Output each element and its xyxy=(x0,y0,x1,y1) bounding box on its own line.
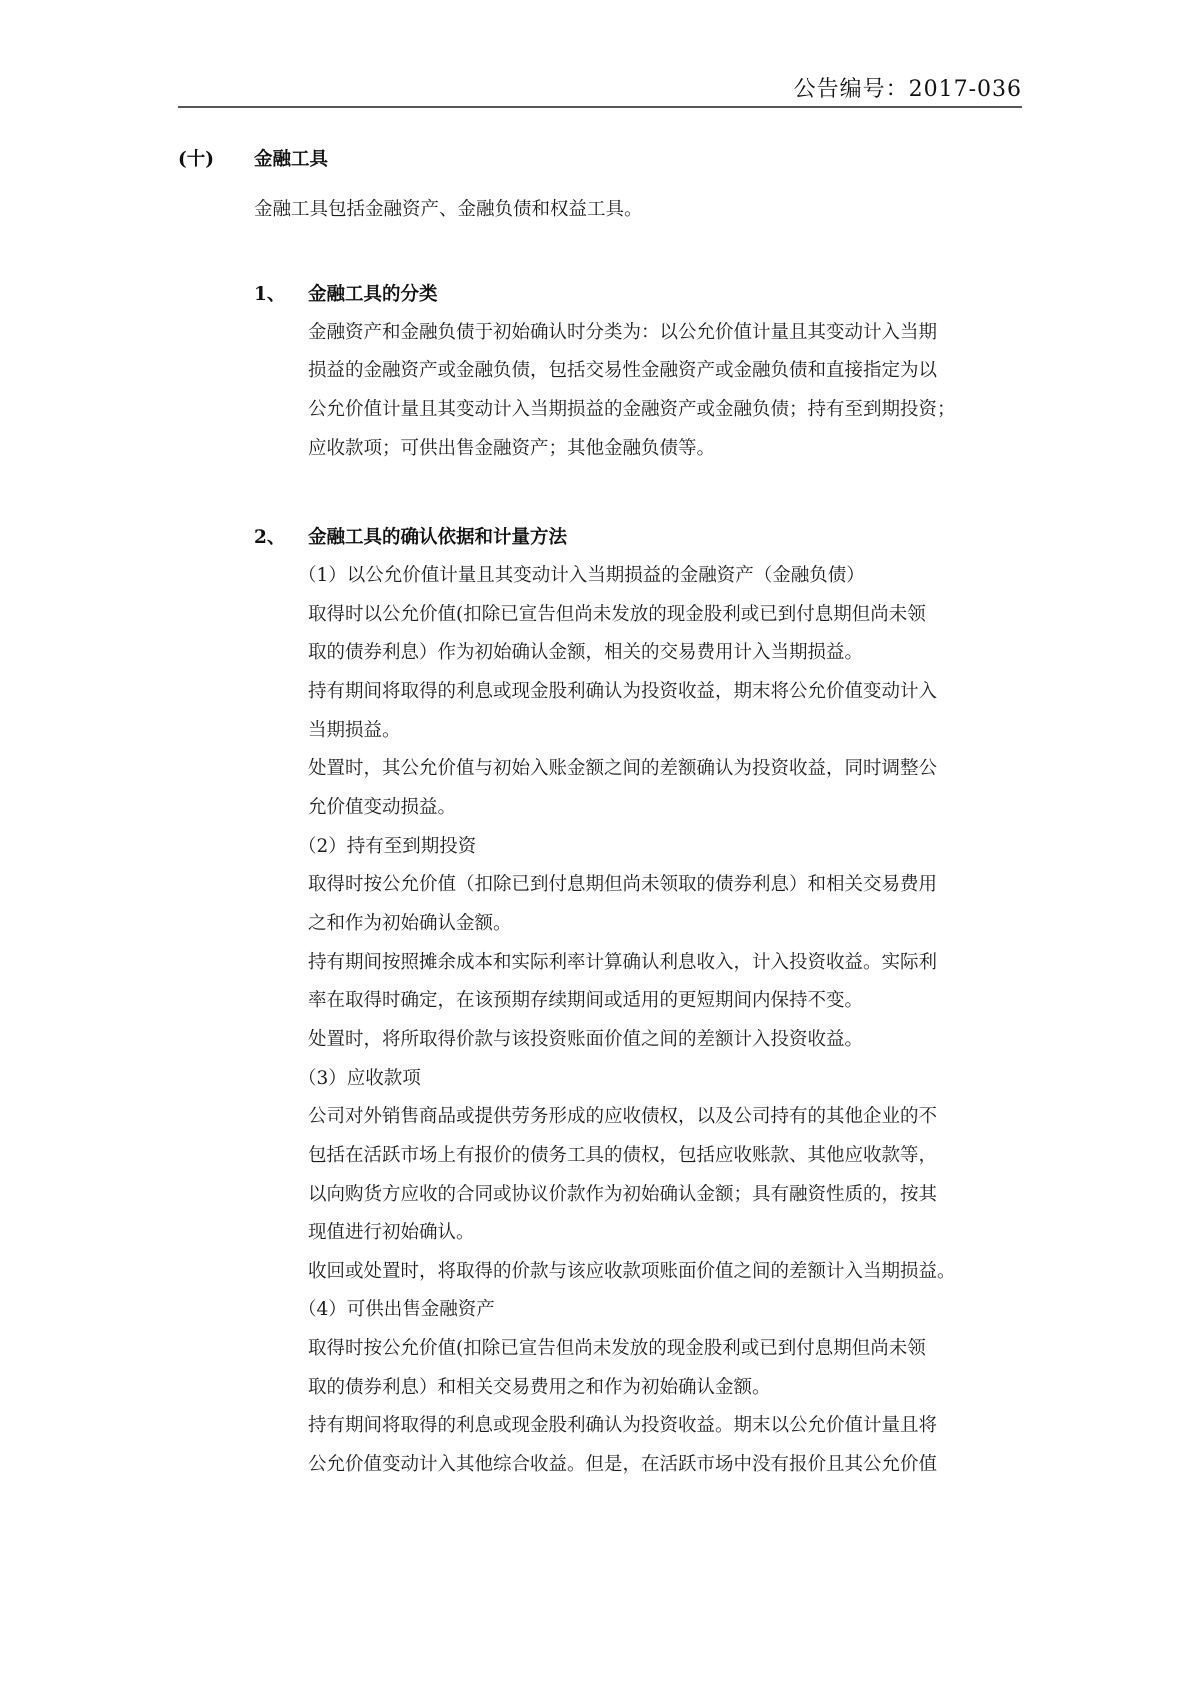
paragraph-line: 允价值变动损益。 xyxy=(308,796,456,820)
paragraph-line: 持有期间按照摊余成本和实际利率计算确认利息收入，计入投资收益。实际利 xyxy=(308,951,937,975)
paragraph-line: 取得时以公允价值(扣除已宣告但尚未发放的现金股利或已到付息期但尚未领 xyxy=(308,603,926,627)
paragraph-line: 收回或处置时，将取得的价款与该应收款项账面价值之间的差额计入当期损益。 xyxy=(308,1260,956,1284)
section-intro: 金融工具包括金融资产、金融负债和权益工具。 xyxy=(254,198,643,222)
section-title: 金融工具 xyxy=(254,148,328,172)
paragraph-line: 应收款项；可供出售金融资产；其他金融负债等。 xyxy=(308,437,715,461)
paragraph-line: 持有期间将取得的利息或现金股利确认为投资收益。期末以公允价值计量且将 xyxy=(308,1414,937,1438)
paragraph-line: 当期损益。 xyxy=(308,719,401,743)
subsection-1-number: 1、 xyxy=(254,283,285,307)
paragraph-line: 取得时按公允价值（扣除已到付息期但尚未领取的债券利息）和相关交易费用 xyxy=(308,873,937,897)
paragraph-line: 以向购货方应收的合同或协议价款作为初始确认金额；具有融资性质的，按其 xyxy=(308,1183,937,1207)
paragraph-line: 现值进行初始确认。 xyxy=(308,1221,475,1245)
paragraph-line: 公允价值计量且其变动计入当期损益的金融资产或金融负债；持有至到期投资； xyxy=(308,398,956,422)
paragraph-line: 金融资产和金融负债于初始确认时分类为：以公允价值计量且其变动计入当期 xyxy=(308,321,937,345)
item-heading-2: （2）持有至到期投资 xyxy=(298,835,476,859)
paragraph-line: 公允价值变动计入其他综合收益。但是，在活跃市场中没有报价且其公允价值 xyxy=(308,1453,937,1477)
announcement-number: 公告编号：2017-036 xyxy=(794,72,1022,103)
paragraph-line: 公司对外销售商品或提供劳务形成的应收债权，以及公司持有的其他企业的不 xyxy=(308,1105,937,1129)
paragraph-line: 持有期间将取得的利息或现金股利确认为投资收益，期末将公允价值变动计入 xyxy=(308,680,937,704)
paragraph-line: 处置时，将所取得价款与该投资账面价值之间的差额计入投资收益。 xyxy=(308,1028,863,1052)
paragraph-line: 损益的金融资产或金融负债，包括交易性金融资产或金融负债和直接指定为以 xyxy=(308,359,937,383)
section-number: (十) xyxy=(178,148,214,172)
paragraph-line: 包括在活跃市场上有报价的债务工具的债权，包括应收账款、其他应收款等， xyxy=(308,1144,937,1168)
item-heading-3: （3）应收款项 xyxy=(298,1067,421,1091)
item-heading-4: （4）可供出售金融资产 xyxy=(298,1298,495,1322)
subsection-2-number: 2、 xyxy=(254,526,285,550)
page-header: 公告编号：2017-036 xyxy=(178,66,1022,108)
paragraph-line: 处置时，其公允价值与初始入账金额之间的差额确认为投资收益，同时调整公 xyxy=(308,757,937,781)
paragraph-line: 取的债券利息）作为初始确认金额，相关的交易费用计入当期损益。 xyxy=(308,641,863,665)
paragraph-line: 之和作为初始确认金额。 xyxy=(308,912,512,936)
subsection-1-title: 金融工具的分类 xyxy=(308,283,438,307)
paragraph-line: 率在取得时确定，在该预期存续期间或适用的更短期间内保持不变。 xyxy=(308,989,863,1013)
paragraph-line: 取得时按公允价值(扣除已宣告但尚未发放的现金股利或已到付息期但尚未领 xyxy=(308,1337,926,1361)
paragraph-line: 取的债券利息）和相关交易费用之和作为初始确认金额。 xyxy=(308,1376,771,1400)
item-heading-1: （1）以公允价值计量且其变动计入当期损益的金融资产（金融负债） xyxy=(298,564,865,588)
subsection-2-title: 金融工具的确认依据和计量方法 xyxy=(308,526,567,550)
